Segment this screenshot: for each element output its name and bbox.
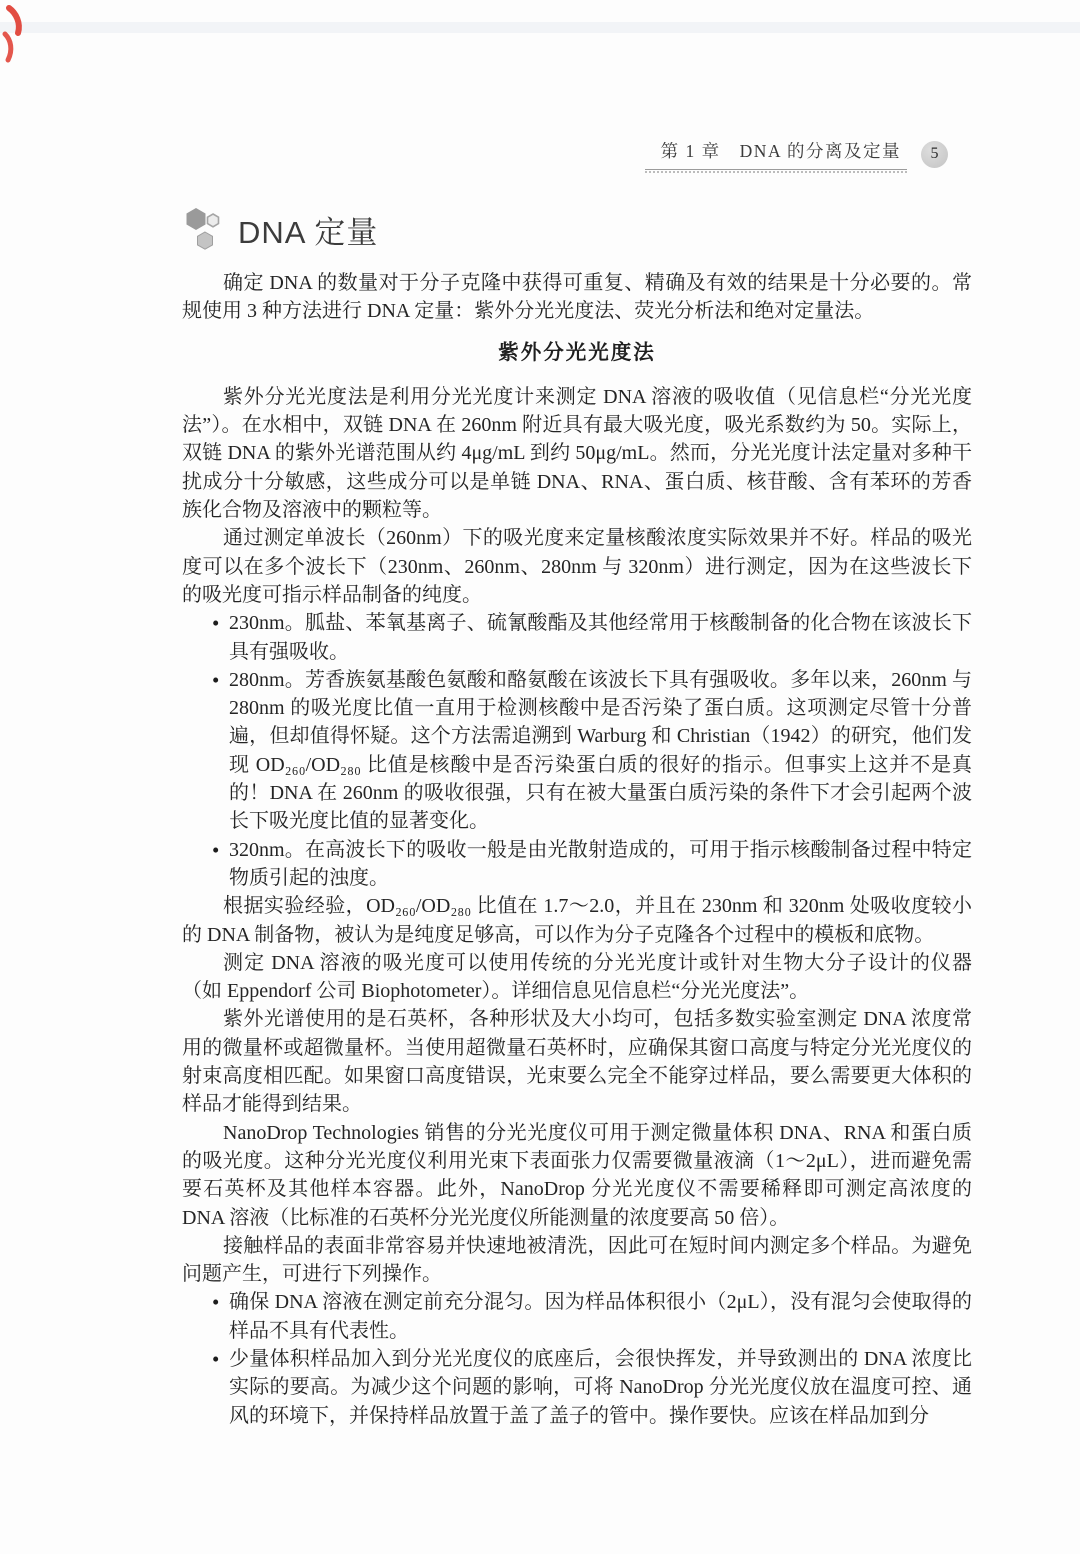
paragraph-cuvettes: 紫外光谱使用的是石英杯，各种形状及大小均可，包括多数实验室测定 DNA 浓度常用… <box>182 1005 972 1118</box>
article-body: 确定 DNA 的数量对于分子克隆中获得可重复、精确及有效的结果是十分必要的。常规… <box>182 269 972 1430</box>
running-header: 第 1 章 DNA 的分离及定量 5 <box>0 138 948 170</box>
list-item: 少量体积样品加入到分光光度仪的底座后，会很快挥发，并导致测出的 DNA 浓度比实… <box>212 1345 972 1430</box>
scan-artifact-band <box>0 22 1080 33</box>
paragraph-intro: 确定 DNA 的数量对于分子克隆中获得可重复、精确及有效的结果是十分必要的。常规… <box>182 269 972 326</box>
list-item: 280nm。芳香族氨基酸色氨酸和酪氨酸在该波长下具有强吸收。多年以来，260nm… <box>212 666 972 836</box>
red-pen-mark <box>0 2 56 68</box>
paragraph-nanodrop: NanoDrop Technologies 销售的分光光度仪可用于测定微量体积 … <box>182 1119 972 1232</box>
section-title-block: DNA 定量 <box>183 206 378 252</box>
nanodrop-bullet-list: 确保 DNA 溶液在测定前充分混匀。因为样品体积很小（2μL），没有混匀会使取得… <box>182 1288 972 1429</box>
wavelength-bullet-list: 230nm。胍盐、苯氧基离子、硫氰酸酯及其他经常用于核酸制备的化合物在该波长下具… <box>182 609 972 892</box>
paragraph-uv-method: 紫外分光光度法是利用分光光度计来测定 DNA 溶液的吸收值（见信息栏“分光光度法… <box>182 383 972 524</box>
page-number: 5 <box>931 145 939 163</box>
paragraph-surface-cleaning: 接触样品的表面非常容易并快速地被清洗，因此可在短时间内测定多个样品。为避免问题产… <box>182 1232 972 1289</box>
molecule-icon <box>183 206 225 252</box>
paragraph-wavelengths: 通过测定单波长（260nm）下的吸光度来定量核酸浓度实际效果并不好。样品的吸光度… <box>182 524 972 609</box>
section-heading: 紫外分光光度法 <box>182 339 972 367</box>
list-item: 320nm。在高波长下的吸收一般是由光散射造成的，可用于指示核酸制备过程中特定物… <box>212 836 972 893</box>
list-item: 230nm。胍盐、苯氧基离子、硫氰酸酯及其他经常用于核酸制备的化合物在该波长下具… <box>212 609 972 666</box>
page-title: DNA 定量 <box>238 207 378 252</box>
chapter-heading: 第 1 章 DNA 的分离及定量 <box>645 138 907 170</box>
page-number-badge: 5 <box>921 141 948 168</box>
paragraph-od-ratio: 根据实验经验，OD₂₆₀/OD₂₈₀ 比值在 1.7～2.0，并且在 230nm… <box>182 892 972 949</box>
paragraph-instruments: 测定 DNA 溶液的吸光度可以使用传统的分光光度计或针对生物大分子设计的仪器（如… <box>182 949 972 1006</box>
list-item: 确保 DNA 溶液在测定前充分混匀。因为样品体积很小（2μL），没有混匀会使取得… <box>212 1288 972 1345</box>
book-page: 第 1 章 DNA 的分离及定量 5 DNA 定量 确定 DNA 的数量对于分子… <box>0 0 1080 1554</box>
